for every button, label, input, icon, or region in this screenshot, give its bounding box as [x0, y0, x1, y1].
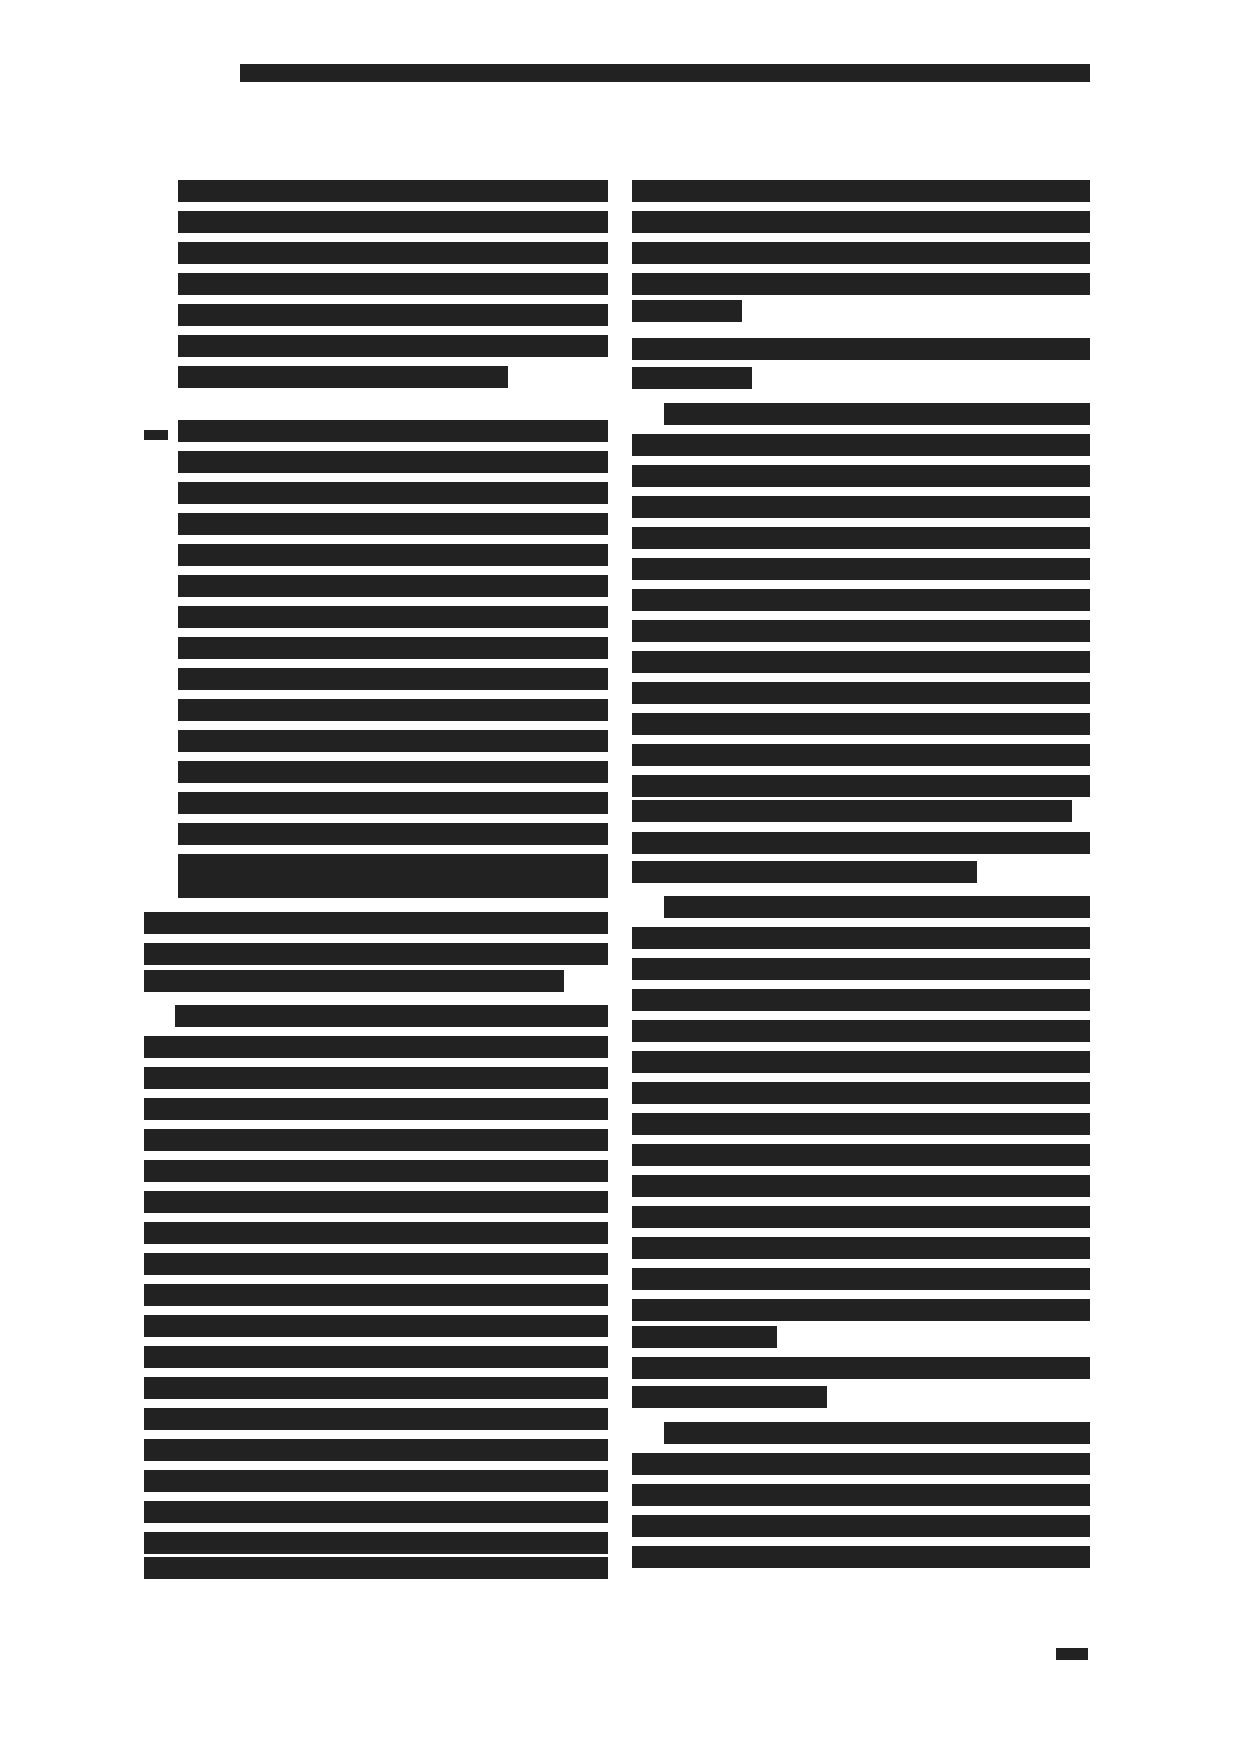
bullet-icon [144, 430, 168, 440]
page-number [1056, 1648, 1088, 1660]
legibility-note: all text obscured by pixelation; no char… [0, 0, 1, 1]
running-header [240, 64, 1090, 82]
